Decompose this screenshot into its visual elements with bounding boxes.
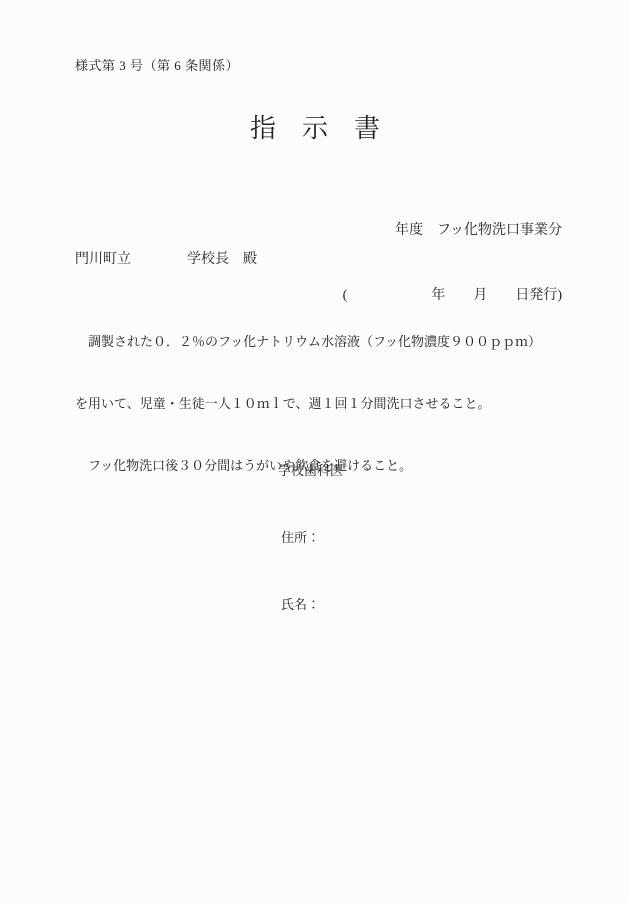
issue-program-line: 年度 フッ化物洗口事業分	[343, 220, 562, 242]
instruction-line-1: 調製された０．２％のフッ化ナトリウム水溶液（フッ化物濃度９００ｐｐｍ）	[75, 332, 567, 353]
form-number: 様式第 3 号（第 6 条関係）	[75, 58, 239, 73]
signature-role: 学校歯科医	[278, 460, 343, 482]
signature-block: 学校歯科医 住所： 氏名：	[278, 416, 343, 660]
signature-name-label: 氏名：	[278, 594, 343, 616]
instruction-line-2: を用いて、児童・生徒一人１０ｍｌで、週１回１分間洗口させること。	[75, 394, 567, 415]
addressee-line: 門川町立 学校長 殿	[75, 251, 257, 269]
signature-address-label: 住所：	[278, 527, 343, 549]
instruction-document-page: 様式第 3 号（第 6 条関係） 指 示 書 年度 フッ化物洗口事業分 ( 年 …	[0, 0, 630, 903]
document-title: 指 示 書	[0, 113, 630, 145]
